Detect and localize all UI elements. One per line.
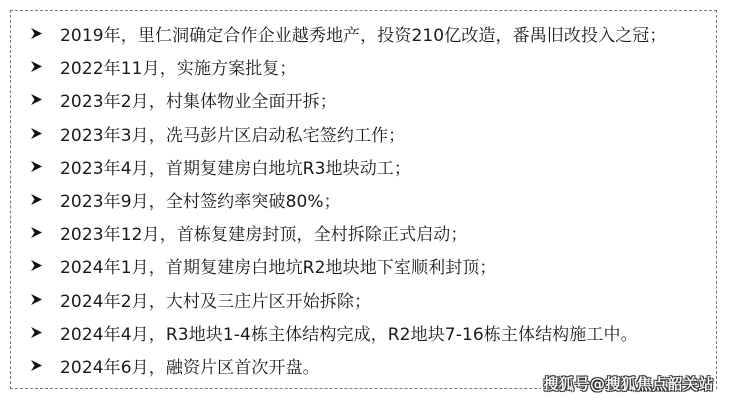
- timeline-item: 2023年4月，首期复建房白地坑R3地块动工；: [30, 150, 710, 183]
- timeline-list: 2019年，里仁洞确定合作企业越秀地产，投资210亿改造，番禺旧改投入之冠； 2…: [30, 17, 710, 382]
- timeline-item: 2023年9月，全村签约率突破80%；: [30, 183, 710, 216]
- timeline-item: 2023年12月，首栋复建房封顶，全村拆除正式启动；: [30, 216, 710, 249]
- timeline-item-text: 2024年2月，大村及三庄片区开始拆除；: [60, 287, 371, 312]
- arrowhead-bullet-icon: [30, 226, 60, 239]
- timeline-item-text: 2023年3月，冼马彭片区启动私宅签约工作；: [60, 121, 405, 146]
- arrowhead-bullet-icon: [30, 127, 60, 140]
- timeline-item-text: 2023年12月，首栋复建房封顶，全村拆除正式启动；: [60, 220, 468, 245]
- timeline-item: 2022年11月，实施方案批复；: [30, 50, 710, 83]
- timeline-item: 2023年2月，村集体物业全面开拆；: [30, 83, 710, 116]
- timeline-item-text: 2023年9月，全村签约率突破80%；: [60, 187, 341, 212]
- timeline-item-text: 2024年6月，融资片区首次开盘。: [60, 353, 320, 378]
- timeline-item-text: 2023年4月，首期复建房白地坑R3地块动工；: [60, 154, 411, 179]
- arrowhead-bullet-icon: [30, 93, 60, 106]
- timeline-item: 2024年1月，首期复建房白地坑R2地块地下室顺利封顶；: [30, 249, 710, 282]
- arrowhead-bullet-icon: [30, 160, 60, 173]
- timeline-item-text: 2022年11月，实施方案批复；: [60, 54, 297, 79]
- arrowhead-bullet-icon: [30, 326, 60, 339]
- arrowhead-bullet-icon: [30, 60, 60, 73]
- arrowhead-bullet-icon: [30, 259, 60, 272]
- timeline-item: 2024年4月，R3地块1-4栋主体结构完成，R2地块7-16栋主体结构施工中。: [30, 316, 710, 349]
- timeline-item-text: 2019年，里仁洞确定合作企业越秀地产，投资210亿改造，番禺旧改投入之冠；: [60, 21, 667, 46]
- arrowhead-bullet-icon: [30, 193, 60, 206]
- timeline-item: 2023年3月，冼马彭片区启动私宅签约工作；: [30, 117, 710, 150]
- timeline-item-text: 2024年1月，首期复建房白地坑R2地块地下室顺利封顶；: [60, 253, 497, 278]
- timeline-item: 2024年2月，大村及三庄片区开始拆除；: [30, 283, 710, 316]
- arrowhead-bullet-icon: [30, 27, 60, 40]
- arrowhead-bullet-icon: [30, 359, 60, 372]
- timeline-item: 2019年，里仁洞确定合作企业越秀地产，投资210亿改造，番禺旧改投入之冠；: [30, 17, 710, 50]
- timeline-item-text: 2023年2月，村集体物业全面开拆；: [60, 87, 337, 112]
- timeline-item-text: 2024年4月，R3地块1-4栋主体结构完成，R2地块7-16栋主体结构施工中。: [60, 320, 638, 345]
- arrowhead-bullet-icon: [30, 293, 60, 306]
- source-watermark: 搜狐号@搜狐焦点韶关站: [541, 373, 716, 394]
